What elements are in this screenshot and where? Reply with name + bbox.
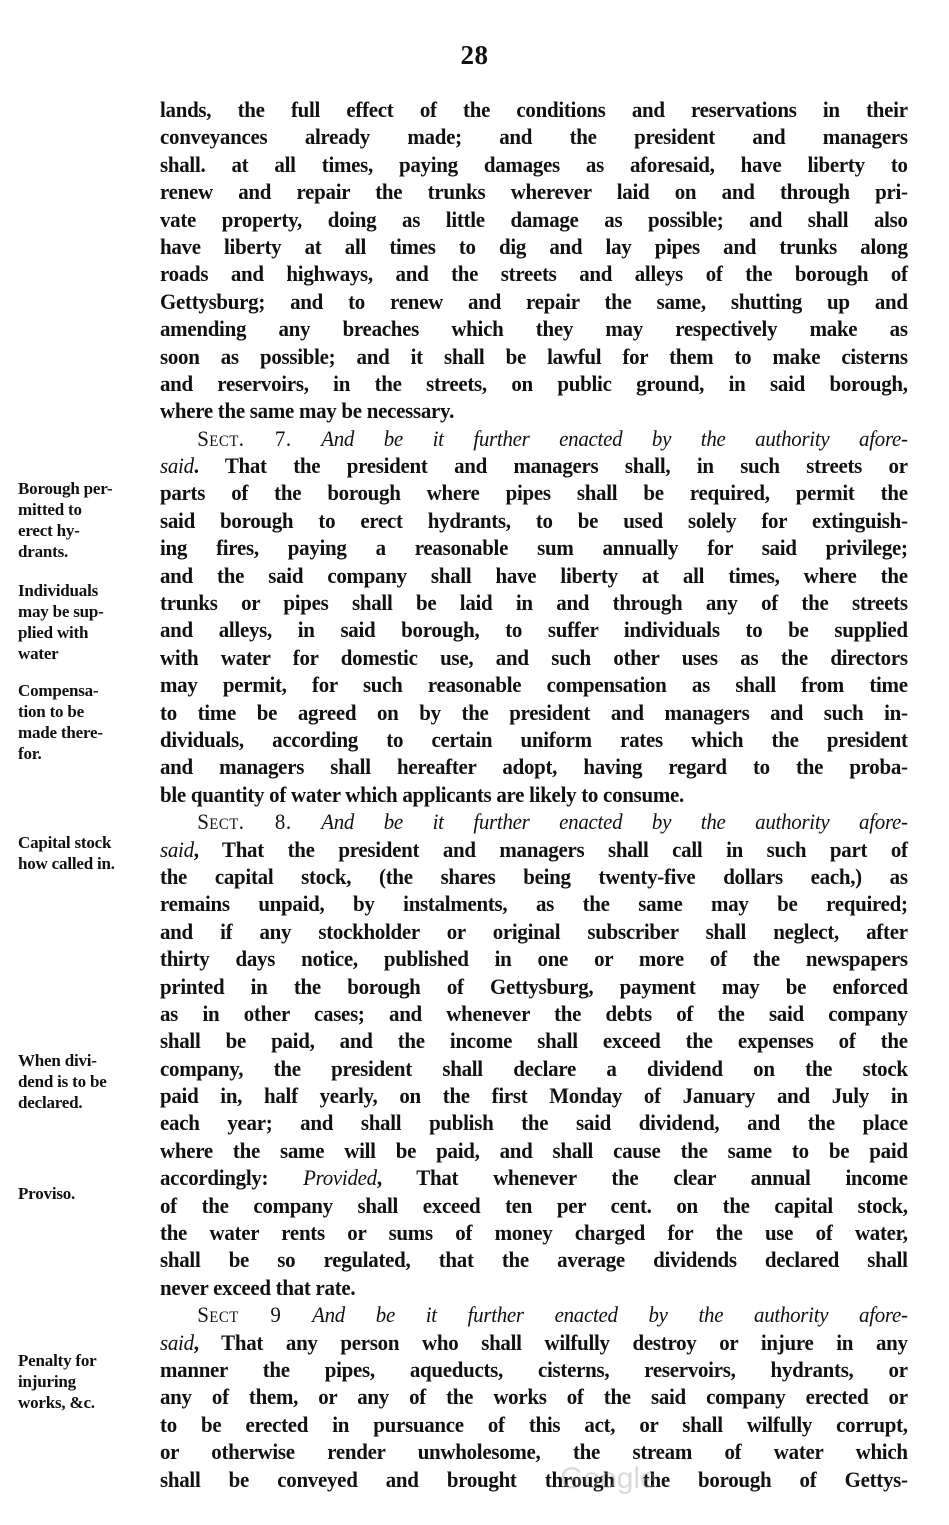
text-line: company, the president shall declare a d… xyxy=(160,1055,908,1082)
text-line: to time be agreed on by the president an… xyxy=(160,699,908,726)
sidenote-capital-stock: Capital stock how called in. xyxy=(18,832,158,874)
italic-word: said xyxy=(160,1330,194,1355)
text-line: Gettysburg; and to renew and repair the … xyxy=(160,288,908,315)
section-label: Sect. 8. xyxy=(197,809,291,834)
text-line: accordingly: Provided, That whenever the… xyxy=(160,1164,908,1191)
text-line: vate property, doing as little damage as… xyxy=(160,206,908,233)
text-line: each year; and shall publish the said di… xyxy=(160,1109,908,1136)
text-line: where the same will be paid, and shall c… xyxy=(160,1137,908,1164)
enacting-clause: And be it further enacted by the authori… xyxy=(312,1302,908,1327)
line-text: , That the president and managers shall … xyxy=(194,837,908,862)
text-line: remains unpaid, by instalments, as the s… xyxy=(160,890,908,917)
sidenote-individuals-water: Individuals may be sup- plied with water xyxy=(18,580,158,664)
sidenote-dividend: When divi- dend is to be declared. xyxy=(18,1050,158,1113)
enacting-clause: And be it further enacted by the authori… xyxy=(321,809,908,834)
text-line: and alleys, in said borough, to suffer i… xyxy=(160,616,908,643)
text-line: thirty days notice, published in one or … xyxy=(160,945,908,972)
text-line: and managers shall hereafter adopt, havi… xyxy=(160,753,908,780)
body-text: lands, the full effect of the conditions… xyxy=(160,96,908,1493)
text-line: may permit, for such reasonable compensa… xyxy=(160,671,908,698)
text-line: said, That any person who shall wilfully… xyxy=(160,1329,908,1356)
line-text: . That the president and managers shall,… xyxy=(194,453,908,478)
text-line: lands, the full effect of the conditions… xyxy=(160,96,908,123)
line-text: accordingly: xyxy=(160,1165,303,1190)
sidenote-penalty: Penalty for injuring works, &c. xyxy=(18,1350,158,1413)
italic-word: said xyxy=(160,453,194,478)
section-heading: Sect 9 And be it further enacted by the … xyxy=(160,1301,908,1328)
text-line: to be erected in pursuance of this act, … xyxy=(160,1411,908,1438)
watermark: Google xyxy=(560,1462,657,1496)
section-heading: Sect. 8. And be it further enacted by th… xyxy=(160,808,908,835)
text-line: said borough to erect hydrants, to be us… xyxy=(160,507,908,534)
text-line: with water for domestic use, and such ot… xyxy=(160,644,908,671)
text-line: printed in the borough of Gettysburg, pa… xyxy=(160,973,908,1000)
section-label: Sect 9 xyxy=(197,1302,281,1327)
text-line: the capital stock, (the shares being twe… xyxy=(160,863,908,890)
text-line: as in other cases; and whenever the debt… xyxy=(160,1000,908,1027)
text-line: any of them, or any of the works of the … xyxy=(160,1383,908,1410)
text-line: shall. at all times, paying damages as a… xyxy=(160,151,908,178)
line-text: , That any person who shall wilfully des… xyxy=(194,1330,908,1355)
text-line: said, That the president and managers sh… xyxy=(160,836,908,863)
italic-word: said xyxy=(160,837,194,862)
sidenote-compensation: Compensa- tion to be made there- for. xyxy=(18,680,158,764)
section-label: Sect. 7. xyxy=(197,426,291,451)
text-line: and the said company shall have liberty … xyxy=(160,562,908,589)
text-line: where the same may be necessary. xyxy=(160,397,908,424)
text-line: of the company shall exceed ten per cent… xyxy=(160,1192,908,1219)
text-line: conveyances already made; and the presid… xyxy=(160,123,908,150)
page-number: 28 xyxy=(0,40,949,71)
text-line: manner the pipes, aqueducts, cisterns, r… xyxy=(160,1356,908,1383)
text-line: shall be conveyed and brought through th… xyxy=(160,1466,908,1493)
text-line: and if any stockholder or original subsc… xyxy=(160,918,908,945)
text-line: never exceed that rate. xyxy=(160,1274,908,1301)
text-line: shall be paid, and the income shall exce… xyxy=(160,1027,908,1054)
text-line: paid in, half yearly, on the first Monda… xyxy=(160,1082,908,1109)
text-line: dividuals, according to certain uniform … xyxy=(160,726,908,753)
text-line: or otherwise render unwholesome, the str… xyxy=(160,1438,908,1465)
text-line: amending any breaches which they may res… xyxy=(160,315,908,342)
section-heading: Sect. 7. And be it further enacted by th… xyxy=(160,425,908,452)
text-line: have liberty at all times to dig and lay… xyxy=(160,233,908,260)
text-line: soon as possible; and it shall be lawful… xyxy=(160,343,908,370)
text-line: shall be so regulated, that the average … xyxy=(160,1246,908,1273)
text-line: parts of the borough where pipes shall b… xyxy=(160,479,908,506)
text-line: trunks or pipes shall be laid in and thr… xyxy=(160,589,908,616)
sidenote-proviso: Proviso. xyxy=(18,1183,158,1204)
text-line: renew and repair the trunks wherever lai… xyxy=(160,178,908,205)
italic-word: Provided xyxy=(303,1165,377,1190)
enacting-clause: And be it further enacted by the authori… xyxy=(321,426,908,451)
text-line: roads and highways, and the streets and … xyxy=(160,260,908,287)
line-text: , That whenever the clear annual income xyxy=(377,1165,908,1190)
sidenote-hydrants: Borough per- mitted to erect hy- drants. xyxy=(18,478,158,562)
text-line: the water rents or sums of money charged… xyxy=(160,1219,908,1246)
text-line: ing fires, paying a reasonable sum annua… xyxy=(160,534,908,561)
text-line: ble quantity of water which applicants a… xyxy=(160,781,908,808)
text-line: said. That the president and managers sh… xyxy=(160,452,908,479)
text-line: and reservoirs, in the streets, on publi… xyxy=(160,370,908,397)
